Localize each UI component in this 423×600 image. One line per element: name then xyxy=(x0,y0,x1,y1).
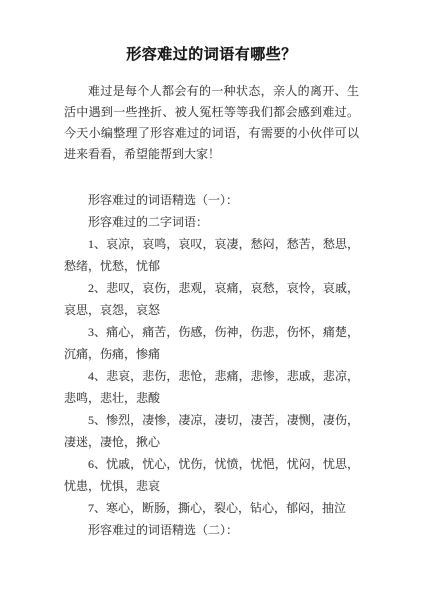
section-1-subheading: 形容难过的二字词语： xyxy=(64,211,359,233)
word-list-item: 6、忧戚，忧心，忧伤，忧愤，忧悒，忧闷，忧思，忧患，忧惧，悲哀 xyxy=(64,453,359,497)
intro-paragraph: 难过是每个人都会有的一种状态，亲人的离开、生活中遇到一些挫折、被人冤枉等等我们都… xyxy=(64,81,359,165)
word-list-section: 形容难过的词语精选（一）： 形容难过的二字词语： 1、哀凉，哀鸣，哀叹，哀凄，愁… xyxy=(64,189,359,541)
document-page: 形容难过的词语有哪些？ 难过是每个人都会有的一种状态，亲人的离开、生活中遇到一些… xyxy=(0,0,423,600)
section-2-heading: 形容难过的词语精选（二）： xyxy=(64,519,359,541)
word-list-item: 3、痛心，痛苦，伤感，伤神，伤悲，伤怀，痛楚，沉痛，伤痛，惨痛 xyxy=(64,321,359,365)
section-1-heading: 形容难过的词语精选（一）： xyxy=(64,189,359,211)
word-list-item: 5、惨烈，凄惨，凄凉，凄切，凄苦，凄恻，凄伤，凄迷，凄怆，揪心 xyxy=(64,409,359,453)
word-list-item: 7、寒心，断肠，撕心，裂心，钻心，郁闷，抽泣 xyxy=(64,497,359,519)
word-list-item: 4、悲哀，悲伤，悲怆，悲痛，悲惨，悲戚，悲凉，悲鸣，悲壮，悲酸 xyxy=(64,365,359,409)
page-title: 形容难过的词语有哪些？ xyxy=(64,45,359,65)
word-list-item: 1、哀凉，哀鸣，哀叹，哀凄，愁闷，愁苦，愁思，愁绪，忧愁，忧郁 xyxy=(64,233,359,277)
word-list-item: 2、悲叹，哀伤，悲观，哀痛，哀愁，哀怜，哀戚，哀思，哀怨，哀怒 xyxy=(64,277,359,321)
